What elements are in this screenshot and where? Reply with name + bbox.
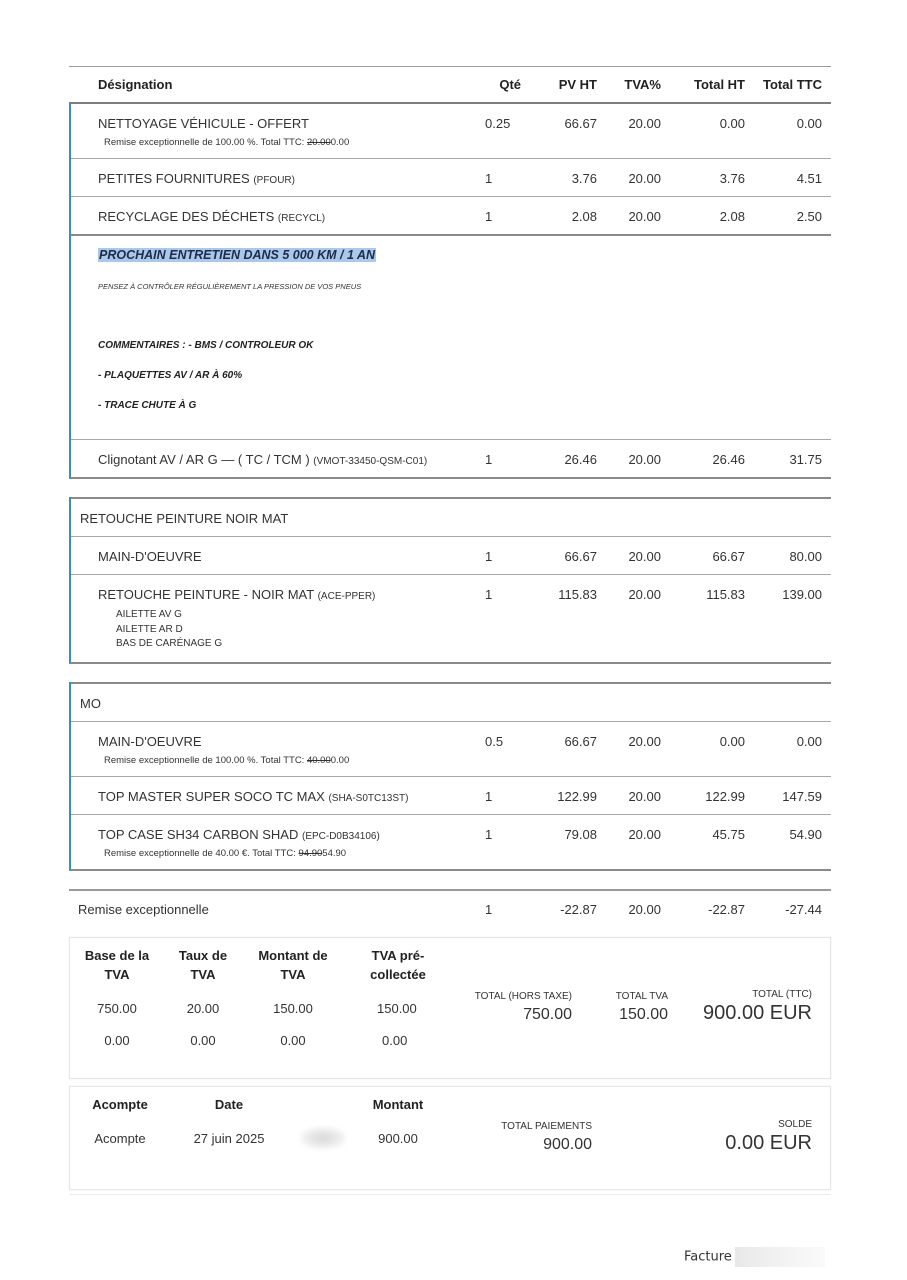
section-title: MO	[71, 682, 831, 722]
row-designation: MAIN-D'OEUVRE	[71, 549, 469, 564]
header-designation: Désignation	[69, 77, 469, 92]
tva-base: 0.00	[78, 1033, 156, 1048]
next-service-note: PROCHAIN ENTRETIEN DANS 5 000 KM / 1 AN	[98, 248, 376, 262]
discount-new-price: 54.90	[322, 848, 346, 859]
table-row: RECYCLAGE DES DÉCHETS (RECYCL) 1 2.08 20…	[71, 197, 831, 236]
row-pv-ht: 115.83	[537, 587, 597, 602]
footer-label: Facture	[684, 1250, 732, 1265]
row-designation: Clignotant AV / AR G — ( TC / TCM ) (VMO…	[71, 452, 469, 467]
comment-line: - TRACE CHUTE À G	[98, 400, 831, 411]
row-label: Clignotant AV / AR G — ( TC / TCM )	[98, 452, 310, 467]
row-discount-note: Remise exceptionnelle de 100.00 %. Total…	[104, 755, 469, 766]
total-ttc: TOTAL (TTC) 900.00 EUR	[690, 989, 812, 1025]
line-group-3: MO MAIN-D'OEUVRE Remise exceptionnelle d…	[69, 682, 831, 871]
row-tva: 20.00	[597, 827, 661, 842]
row-qte: 1	[469, 452, 537, 467]
row-label: RETOUCHE PEINTURE - NOIR MAT	[98, 587, 314, 602]
row-pv-ht: -22.87	[537, 902, 597, 917]
payments-table: Acompte Date Montant Acompte 27 juin 202…	[70, 1097, 438, 1149]
payment-date: 27 juin 2025	[170, 1131, 288, 1149]
row-details: AILETTE AV G AILETTE AR D BAS DE CARÉNAG…	[116, 608, 469, 652]
table-row: MAIN-D'OEUVRE Remise exceptionnelle de 1…	[71, 722, 831, 777]
discount-old-price: 94.90	[299, 848, 323, 859]
row-ref: (RECYCL)	[278, 213, 325, 224]
row-pv-ht: 3.76	[537, 171, 597, 186]
total-ttc-value: 900.00 EUR	[690, 1002, 812, 1025]
header-date: Date	[170, 1097, 288, 1112]
tva-taux: 20.00	[156, 1001, 250, 1016]
header-qte: Qté	[469, 77, 537, 92]
balance-value: 0.00 EUR	[690, 1132, 812, 1155]
discount-text: Remise exceptionnelle de 100.00 %. Total…	[104, 755, 307, 766]
total-ht-label: TOTAL (HORS TAXE)	[470, 991, 572, 1002]
tva-montant: 150.00	[250, 1001, 336, 1016]
row-total-ht: 115.83	[661, 587, 745, 602]
row-label: NETTOYAGE VÉHICULE - OFFERT	[98, 116, 309, 131]
total-payments-value: 900.00	[490, 1136, 592, 1154]
row-designation: Remise exceptionnelle	[69, 902, 469, 917]
row-total-ht: 0.00	[661, 116, 745, 131]
total-tva-label: TOTAL TVA	[600, 991, 668, 1002]
header-taux: Taux de	[156, 946, 250, 965]
row-total-ttc: 2.50	[745, 209, 831, 224]
header-precollectee: TVA pré-	[350, 946, 446, 965]
row-qte: 1	[469, 549, 537, 564]
row-label: TOP MASTER SUPER SOCO TC MAX	[98, 789, 325, 804]
row-total-ttc: 0.00	[745, 734, 831, 749]
row-ref: (ACE-PPER)	[318, 591, 376, 602]
row-total-ttc: -27.44	[745, 902, 831, 917]
row-ref: (EPC-D0B34106)	[302, 831, 380, 842]
payment-amount: 900.00	[358, 1131, 438, 1149]
row-total-ht: 66.67	[661, 549, 745, 564]
row-tva: 20.00	[597, 452, 661, 467]
detail-line: AILETTE AR D	[116, 623, 469, 638]
discount-new-price: 0.00	[331, 137, 350, 148]
row-qte: 1	[469, 902, 537, 917]
row-pv-ht: 79.08	[537, 827, 597, 842]
row-total-ttc: 139.00	[745, 587, 831, 602]
row-designation: RETOUCHE PEINTURE - NOIR MAT (ACE-PPER) …	[71, 587, 469, 652]
row-total-ht: 0.00	[661, 734, 745, 749]
row-tva: 20.00	[597, 587, 661, 602]
row-total-ht: 45.75	[661, 827, 745, 842]
line-group-1: NETTOYAGE VÉHICULE - OFFERT Remise excep…	[69, 104, 831, 479]
row-discount-note: Remise exceptionnelle de 40.00 €. Total …	[104, 848, 469, 859]
row-pv-ht: 26.46	[537, 452, 597, 467]
row-tva: 20.00	[597, 902, 661, 917]
section-title: RETOUCHE PEINTURE NOIR MAT	[71, 497, 831, 537]
table-row: PETITES FOURNITURES (PFOUR) 1 3.76 20.00…	[71, 159, 831, 197]
row-tva: 20.00	[597, 789, 661, 804]
comment-line: - PLAQUETTES AV / AR À 60%	[98, 370, 831, 381]
tva-precollectee: 150.00	[336, 1001, 446, 1016]
tva-taux: 0.00	[156, 1033, 250, 1048]
discount-new-price: 0.00	[331, 755, 350, 766]
row-designation: MAIN-D'OEUVRE Remise exceptionnelle de 1…	[71, 734, 469, 766]
page-footer: Facture	[684, 1247, 825, 1267]
redacted-field	[288, 1131, 358, 1149]
header-base: Base de la	[78, 946, 156, 965]
discount-text: Remise exceptionnelle de 100.00 %. Total…	[104, 137, 307, 148]
tva-row: 0.00 0.00 0.00 0.00	[78, 1033, 446, 1048]
row-pv-ht: 66.67	[537, 549, 597, 564]
row-pv-ht: 2.08	[537, 209, 597, 224]
total-ttc-label: TOTAL (TTC)	[690, 989, 812, 1000]
total-payments: TOTAL PAIEMENTS 900.00	[490, 1121, 592, 1154]
row-total-ttc: 0.00	[745, 116, 831, 131]
detail-line: BAS DE CARÉNAGE G	[116, 637, 469, 652]
footer-divider	[69, 1194, 831, 1195]
payment-type: Acompte	[70, 1131, 170, 1149]
header-total-ttc: Total TTC	[745, 77, 831, 92]
row-qte: 1	[469, 587, 537, 602]
tva-table: Base de laTVA Taux deTVA Montant deTVA T…	[78, 946, 446, 1048]
redacted-invoice-number	[735, 1247, 825, 1267]
payment-row: Acompte 27 juin 2025 900.00	[70, 1131, 438, 1149]
row-qte: 1	[469, 171, 537, 186]
table-row: RETOUCHE PEINTURE - NOIR MAT (ACE-PPER) …	[71, 575, 831, 662]
table-row: TOP CASE SH34 CARBON SHAD (EPC-D0B34106)…	[71, 815, 831, 869]
row-label: PETITES FOURNITURES	[98, 171, 250, 186]
invoice-sheet: Désignation Qté PV HT TVA% Total HT Tota…	[69, 66, 831, 1190]
row-designation: NETTOYAGE VÉHICULE - OFFERT Remise excep…	[71, 116, 469, 148]
row-tva: 20.00	[597, 209, 661, 224]
tire-pressure-note: PENSEZ À CONTRÔLER RÉGULIÈREMENT LA PRES…	[98, 282, 831, 291]
payments-header: Acompte Date Montant	[70, 1097, 438, 1112]
row-discount-note: Remise exceptionnelle de 100.00 %. Total…	[104, 137, 469, 148]
row-total-ht: 122.99	[661, 789, 745, 804]
row-designation: TOP MASTER SUPER SOCO TC MAX (SHA-S0TC13…	[71, 789, 469, 804]
row-total-ht: 3.76	[661, 171, 745, 186]
row-total-ttc: 54.90	[745, 827, 831, 842]
row-qte: 0.5	[469, 734, 537, 749]
balance: SOLDE 0.00 EUR	[690, 1119, 812, 1155]
table-row: Clignotant AV / AR G — ( TC / TCM ) (VMO…	[71, 440, 831, 477]
header-base: TVA	[78, 965, 156, 984]
detail-line: AILETTE AV G	[116, 608, 469, 623]
total-ht: TOTAL (HORS TAXE) 750.00	[470, 991, 572, 1024]
row-total-ht: 26.46	[661, 452, 745, 467]
payments-box: Acompte Date Montant Acompte 27 juin 202…	[69, 1086, 831, 1190]
header-pv-ht: PV HT	[537, 77, 597, 92]
row-label: TOP CASE SH34 CARBON SHAD	[98, 827, 298, 842]
total-payments-label: TOTAL PAIEMENTS	[490, 1121, 592, 1132]
header-montant: TVA	[250, 965, 336, 984]
row-ref: (SHA-S0TC13ST)	[328, 793, 408, 804]
row-pv-ht: 122.99	[537, 789, 597, 804]
tva-summary-box: Base de laTVA Taux deTVA Montant deTVA T…	[69, 937, 831, 1079]
header-total-ht: Total HT	[661, 77, 745, 92]
row-total-ht: 2.08	[661, 209, 745, 224]
total-ht-value: 750.00	[470, 1006, 572, 1024]
header-montant: Montant de	[250, 946, 336, 965]
maintenance-notes: PROCHAIN ENTRETIEN DANS 5 000 KM / 1 AN …	[71, 236, 831, 440]
total-tva: TOTAL TVA 150.00	[600, 991, 668, 1024]
header-precollectee: collectée	[350, 965, 446, 984]
row-label: RECYCLAGE DES DÉCHETS	[98, 209, 274, 224]
row-pv-ht: 66.67	[537, 734, 597, 749]
row-label: MAIN-D'OEUVRE	[98, 549, 202, 564]
discount-old-price: 20.00	[307, 137, 331, 148]
row-designation: TOP CASE SH34 CARBON SHAD (EPC-D0B34106)…	[71, 827, 469, 859]
row-total-ttc: 31.75	[745, 452, 831, 467]
table-row: TOP MASTER SUPER SOCO TC MAX (SHA-S0TC13…	[71, 777, 831, 815]
comment-line: COMMENTAIRES : - BMS / CONTROLEUR OK	[98, 340, 831, 351]
header-taux: TVA	[156, 965, 250, 984]
row-tva: 20.00	[597, 734, 661, 749]
row-qte: 1	[469, 209, 537, 224]
table-header: Désignation Qté PV HT TVA% Total HT Tota…	[69, 66, 831, 104]
row-total-ttc: 80.00	[745, 549, 831, 564]
discount-text: Remise exceptionnelle de 40.00 €. Total …	[104, 848, 299, 859]
row-tva: 20.00	[597, 116, 661, 131]
header-montant: Montant	[358, 1097, 438, 1112]
total-tva-value: 150.00	[600, 1006, 668, 1024]
line-group-2: RETOUCHE PEINTURE NOIR MAT MAIN-D'OEUVRE…	[69, 497, 831, 664]
row-designation: PETITES FOURNITURES (PFOUR)	[71, 171, 469, 186]
row-ref: (PFOUR)	[253, 175, 295, 186]
row-qte: 1	[469, 789, 537, 804]
table-row: MAIN-D'OEUVRE 1 66.67 20.00 66.67 80.00	[71, 537, 831, 575]
row-tva: 20.00	[597, 171, 661, 186]
tva-table-header: Base de laTVA Taux deTVA Montant deTVA T…	[78, 946, 446, 984]
row-qte: 0.25	[469, 116, 537, 131]
header-tva: TVA%	[597, 77, 661, 92]
balance-label: SOLDE	[690, 1119, 812, 1130]
tva-row: 750.00 20.00 150.00 150.00	[78, 1001, 446, 1016]
row-designation: RECYCLAGE DES DÉCHETS (RECYCL)	[71, 209, 469, 224]
row-ref: (VMOT-33450-QSM-C01)	[313, 456, 427, 467]
row-total-ht: -22.87	[661, 902, 745, 917]
tva-precollectee: 0.00	[336, 1033, 446, 1048]
tva-montant: 0.00	[250, 1033, 336, 1048]
global-discount-row: Remise exceptionnelle 1 -22.87 20.00 -22…	[69, 889, 831, 927]
row-total-ttc: 147.59	[745, 789, 831, 804]
header-acompte: Acompte	[70, 1097, 170, 1112]
discount-old-price: 40.00	[307, 755, 331, 766]
row-pv-ht: 66.67	[537, 116, 597, 131]
row-tva: 20.00	[597, 549, 661, 564]
row-qte: 1	[469, 827, 537, 842]
row-total-ttc: 4.51	[745, 171, 831, 186]
tva-base: 750.00	[78, 1001, 156, 1016]
row-label: MAIN-D'OEUVRE	[98, 734, 202, 749]
table-row: NETTOYAGE VÉHICULE - OFFERT Remise excep…	[71, 104, 831, 159]
